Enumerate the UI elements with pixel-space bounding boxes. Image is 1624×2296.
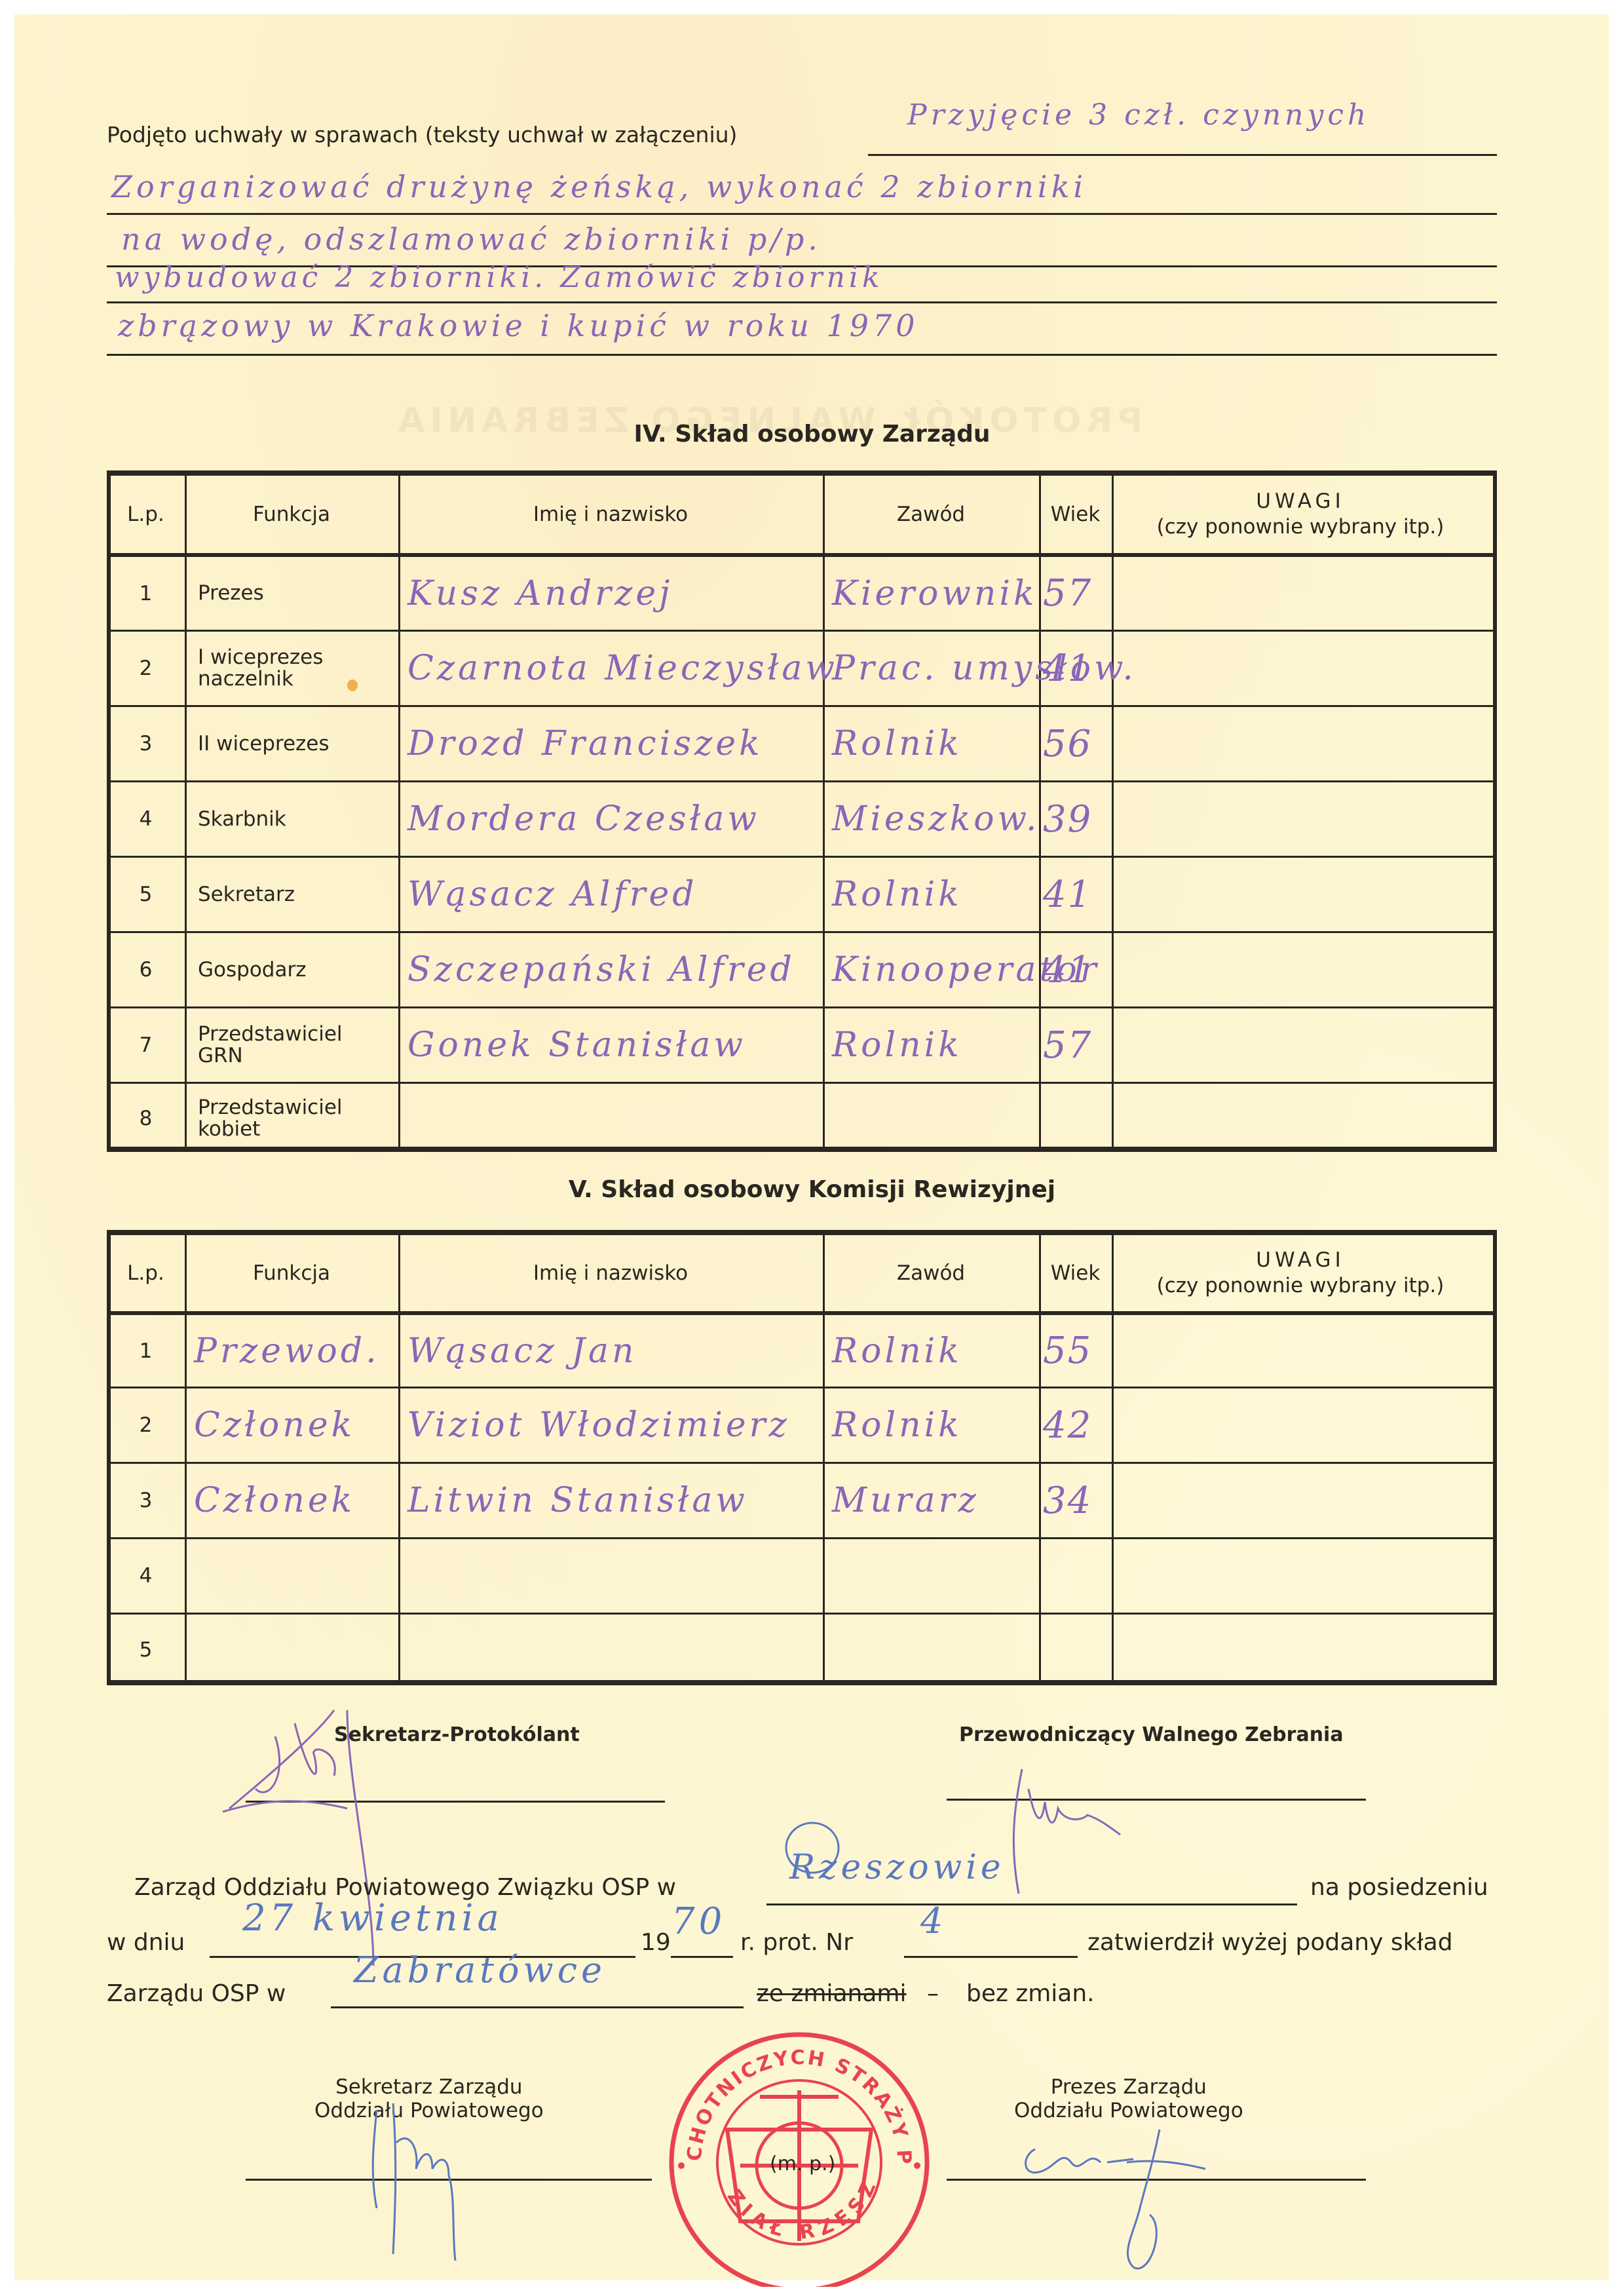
row-function: Gospodarz bbox=[185, 933, 398, 1006]
year-field-value: 70 bbox=[671, 1900, 726, 1943]
chairman-signature bbox=[983, 1763, 1153, 1907]
table-row: 5 bbox=[111, 1613, 1493, 1685]
row-age: 39 bbox=[1039, 782, 1112, 856]
row-number: 7 bbox=[107, 1008, 185, 1082]
row-name: Viziot Włodzimierz bbox=[398, 1388, 823, 1462]
row-age: 41 bbox=[1039, 858, 1112, 931]
row-function: I wiceprezes naczelnik bbox=[185, 632, 398, 705]
protocol-field-value: 4 bbox=[920, 1900, 947, 1942]
row-remarks bbox=[1112, 1315, 1489, 1387]
row-remarks bbox=[1112, 1464, 1489, 1537]
row-number: 2 bbox=[107, 632, 185, 705]
district-president-label-line2: Oddziału Powiatowego bbox=[1014, 2099, 1243, 2122]
row-occupation: Rolnik bbox=[823, 707, 1039, 780]
row-number: 2 bbox=[107, 1388, 185, 1462]
header-remarks: UWAGI(czy ponownie wybrany itp.) bbox=[1112, 1235, 1489, 1311]
row-age: 41 bbox=[1039, 632, 1112, 705]
row-occupation: Kierownik bbox=[823, 557, 1039, 630]
header-occupation: Zawód bbox=[823, 476, 1039, 553]
row-function bbox=[185, 1615, 398, 1685]
row-occupation: Prac. umysłow. bbox=[823, 632, 1039, 705]
section-iv-title: IV. Skład osobowy Zarządu bbox=[0, 421, 1624, 448]
resolution-line-5 bbox=[107, 354, 1497, 356]
table-row: 5SekretarzWąsacz AlfredRolnik41 bbox=[111, 856, 1493, 931]
row-name: Mordera Czesław bbox=[398, 782, 823, 856]
row-number: 5 bbox=[107, 1615, 185, 1685]
row-occupation bbox=[823, 1615, 1039, 1685]
row-name: Szczepański Alfred bbox=[398, 933, 823, 1006]
row-name bbox=[398, 1539, 823, 1613]
district-field-line bbox=[766, 1904, 1297, 1905]
row-function bbox=[185, 1539, 398, 1613]
row-age: 42 bbox=[1039, 1388, 1112, 1462]
table-row: 2CzłonekViziot WłodzimierzRolnik42 bbox=[111, 1387, 1493, 1462]
district-president-label: Prezes Zarządu Oddziału Powiatowego bbox=[1014, 2076, 1243, 2122]
row-number: 4 bbox=[107, 782, 185, 856]
osp-location-field-line bbox=[331, 2006, 744, 2008]
year-field-line bbox=[671, 1956, 733, 1958]
row-function: Przewod. bbox=[185, 1315, 398, 1387]
row-name: Drozd Franciszek bbox=[398, 707, 823, 780]
header-remarks: UWAGI(czy ponownie wybrany itp.) bbox=[1112, 476, 1489, 553]
row-number: 1 bbox=[107, 557, 185, 630]
header-age: Wiek bbox=[1039, 1235, 1112, 1311]
row-number: 3 bbox=[107, 707, 185, 780]
table-row: 3II wiceprezesDrozd FranciszekRolnik56 bbox=[111, 705, 1493, 780]
resolution-text-3: na wodę, odszlamować zbiorniki p/p. bbox=[121, 221, 821, 257]
approval-line1-suffix: na posiedzeniu bbox=[1310, 1874, 1488, 1901]
district-circle-mark bbox=[783, 1818, 842, 1877]
header-occupation: Zawód bbox=[823, 1235, 1039, 1311]
row-occupation: Rolnik bbox=[823, 1008, 1039, 1082]
seal-placeholder: (m. p.) bbox=[770, 2152, 835, 2175]
approval-line3-prefix: Zarządu OSP w bbox=[107, 1980, 286, 2007]
row-occupation bbox=[823, 1084, 1039, 1153]
resolution-line-4 bbox=[107, 301, 1497, 303]
row-remarks bbox=[1112, 933, 1489, 1006]
row-remarks bbox=[1112, 1084, 1489, 1153]
header-name: Imię i nazwisko bbox=[398, 1235, 823, 1311]
approval-line2-suffix: zatwierdził wyżej podany skład bbox=[1087, 1929, 1453, 1956]
header-function: Funkcja bbox=[185, 1235, 398, 1311]
row-name bbox=[398, 1084, 823, 1153]
row-name: Gonek Stanisław bbox=[398, 1008, 823, 1082]
row-age: 55 bbox=[1039, 1315, 1112, 1387]
row-name: Kusz Andrzej bbox=[398, 557, 823, 630]
district-secretary-signature bbox=[357, 2090, 501, 2261]
row-name: Wąsacz Jan bbox=[398, 1315, 823, 1387]
district-president-label-line1: Prezes Zarządu bbox=[1051, 2075, 1207, 2099]
row-function: Prezes bbox=[185, 557, 398, 630]
header-age: Wiek bbox=[1039, 476, 1112, 553]
approval-line2-prefix: w dniu bbox=[107, 1929, 185, 1956]
header-name: Imię i nazwisko bbox=[398, 476, 823, 553]
row-function: Członek bbox=[185, 1388, 398, 1462]
row-remarks bbox=[1112, 557, 1489, 630]
header-lp: L.p. bbox=[107, 1235, 185, 1311]
table-row: 6GospodarzSzczepański AlfredKinooperator… bbox=[111, 931, 1493, 1006]
row-name: Wąsacz Alfred bbox=[398, 858, 823, 931]
row-occupation bbox=[823, 1539, 1039, 1613]
table-row: 8Przedstawiciel kobiet bbox=[111, 1082, 1493, 1153]
row-name: Czarnota Mieczysław bbox=[398, 632, 823, 705]
row-name: Litwin Stanisław bbox=[398, 1464, 823, 1537]
row-function: Skarbnik bbox=[185, 782, 398, 856]
table-row: 1PrezesKusz AndrzejKierownik57 bbox=[111, 553, 1493, 630]
row-function: Członek bbox=[185, 1464, 398, 1537]
row-remarks bbox=[1112, 1539, 1489, 1613]
row-age: 57 bbox=[1039, 1008, 1112, 1082]
osp-location-value: Zabratówce bbox=[354, 1949, 606, 1991]
resolution-text-2: Zorganizować drużynę żeńską, wykonać 2 z… bbox=[111, 169, 1087, 204]
row-remarks bbox=[1112, 632, 1489, 705]
table-header-row: L.p.FunkcjaImię i nazwiskoZawódWiekUWAGI… bbox=[111, 1235, 1493, 1311]
row-remarks bbox=[1112, 707, 1489, 780]
row-number: 1 bbox=[107, 1315, 185, 1387]
row-number: 8 bbox=[107, 1084, 185, 1153]
resolution-text-1: Przyjęcie 3 czł. czynnych bbox=[907, 98, 1370, 132]
table-row: 4 bbox=[111, 1537, 1493, 1613]
row-function: Sekretarz bbox=[185, 858, 398, 931]
resolution-text-4: wybudować 2 zbiorniki. Zamówić zbiornik bbox=[115, 261, 884, 294]
row-age: 41 bbox=[1039, 933, 1112, 1006]
year-century: 19 bbox=[641, 1929, 671, 1956]
row-remarks bbox=[1112, 1008, 1489, 1082]
row-function: II wiceprezes bbox=[185, 707, 398, 780]
resolution-line-2 bbox=[107, 213, 1497, 215]
row-age bbox=[1039, 1084, 1112, 1153]
row-occupation: Murarz bbox=[823, 1464, 1039, 1537]
resolution-line-1 bbox=[868, 154, 1497, 156]
row-number: 5 bbox=[107, 858, 185, 931]
header-function: Funkcja bbox=[185, 476, 398, 553]
orange-dot-mark bbox=[347, 679, 358, 691]
row-number: 6 bbox=[107, 933, 185, 1006]
row-remarks bbox=[1112, 782, 1489, 856]
row-function: Przedstawiciel GRN bbox=[185, 1008, 398, 1082]
row-number: 3 bbox=[107, 1464, 185, 1537]
row-occupation: Kinooperator bbox=[823, 933, 1039, 1006]
header-remarks-subtitle: (czy ponownie wybrany itp.) bbox=[1157, 514, 1445, 540]
table-row: 7Przedstawiciel GRNGonek StanisławRolnik… bbox=[111, 1006, 1493, 1082]
header-remarks-title: UWAGI bbox=[1256, 1248, 1344, 1273]
row-remarks bbox=[1112, 858, 1489, 931]
row-name bbox=[398, 1615, 823, 1685]
option-dash: – bbox=[927, 1980, 939, 2007]
row-age bbox=[1039, 1539, 1112, 1613]
resolution-text-5: zbrązowy w Krakowie i kupić w roku 1970 bbox=[118, 308, 919, 343]
row-occupation: Mieszkow. bbox=[823, 782, 1039, 856]
audit-committee-table: L.p.FunkcjaImię i nazwiskoZawódWiekUWAGI… bbox=[107, 1230, 1497, 1685]
row-age: 57 bbox=[1039, 557, 1112, 630]
row-function: Przedstawiciel kobiet bbox=[185, 1084, 398, 1153]
row-remarks bbox=[1112, 1388, 1489, 1462]
district-president-signature bbox=[1009, 2123, 1218, 2280]
row-remarks bbox=[1112, 1615, 1489, 1685]
row-number: 4 bbox=[107, 1539, 185, 1613]
header-lp: L.p. bbox=[107, 476, 185, 553]
section-v-title: V. Skład osobowy Komisji Rewizyjnej bbox=[0, 1176, 1624, 1203]
row-age bbox=[1039, 1615, 1112, 1685]
option-without-changes: bez zmian. bbox=[966, 1980, 1095, 2007]
resolutions-label: Podjęto uchwały w sprawach (teksty uchwa… bbox=[107, 122, 737, 147]
chairman-label: Przewodniczący Walnego Zebrania bbox=[959, 1723, 1344, 1746]
board-table: L.p.FunkcjaImię i nazwiskoZawódWiekUWAGI… bbox=[107, 470, 1497, 1152]
row-occupation: Rolnik bbox=[823, 1315, 1039, 1387]
table-row: 2I wiceprezes naczelnikCzarnota Mieczysł… bbox=[111, 630, 1493, 705]
row-occupation: Rolnik bbox=[823, 858, 1039, 931]
header-remarks-subtitle: (czy ponownie wybrany itp.) bbox=[1157, 1273, 1445, 1299]
protocol-field-line bbox=[904, 1956, 1078, 1958]
header-remarks-title: UWAGI bbox=[1256, 489, 1344, 514]
option-with-changes-struck: ze zmianami bbox=[757, 1980, 906, 2007]
date-field-value: 27 kwietnia bbox=[242, 1897, 503, 1940]
row-age: 34 bbox=[1039, 1464, 1112, 1537]
protocol-label: r. prot. Nr bbox=[740, 1929, 853, 1956]
row-age: 56 bbox=[1039, 707, 1112, 780]
row-occupation: Rolnik bbox=[823, 1388, 1039, 1462]
table-row: 1Przewod.Wąsacz JanRolnik55 bbox=[111, 1311, 1493, 1387]
table-row: 3CzłonekLitwin StanisławMurarz34 bbox=[111, 1462, 1493, 1537]
table-header-row: L.p.FunkcjaImię i nazwiskoZawódWiekUWAGI… bbox=[111, 476, 1493, 553]
table-row: 4SkarbnikMordera CzesławMieszkow.39 bbox=[111, 780, 1493, 856]
